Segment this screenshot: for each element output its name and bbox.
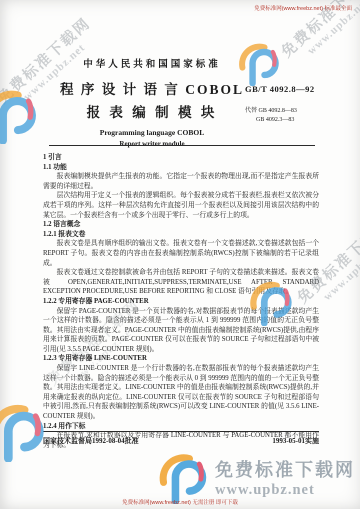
footer-rule (43, 431, 319, 432)
section-heading: 1.2.4 用作下标 (43, 422, 319, 432)
approval-text: 国家技术监督局1992-08-04批准 (43, 436, 139, 446)
standard-number-block: GB/T 4092.8—92 代替 GB 4092.8—83 GB 4092.3… (245, 84, 355, 123)
section-heading: 1.1 功能 (43, 163, 319, 173)
up-logo-icon (0, 400, 48, 462)
national-standard-label: 中华人民共和国国家标准 (0, 56, 304, 70)
title-english-line2: Report writer module (0, 140, 304, 148)
up-logo-icon (156, 450, 210, 504)
paragraph: 报表文卷通过文卷控制款被命名并由包括 REPORT 子句的文卷描述款来描述。报表… (43, 268, 319, 297)
replaces-standard-line2: GB 4092.3—83 (256, 117, 355, 123)
section-heading: 1.2.3 专用寄存器 LINE-COUNTER (43, 354, 319, 364)
document-page: 免费标准下载网 www.upbz.net 免费标准下载网 www.upbz.ne… (0, 0, 360, 509)
header-rule (49, 145, 315, 146)
implementation-text: 1993-05-01实施 (272, 436, 319, 446)
body-sections: 1 引言1.1 功能报表编制模块提供产生报表的功能。它指定一个报表的物理出现,而… (43, 153, 319, 450)
section-heading: 1.2.2 专用寄存器 PAGE-COUNTER (43, 297, 319, 307)
section-heading: 1.2.1 报表文卷 (43, 230, 319, 240)
top-site-notice: 免费标准网(www.freebz.net) 标准最全面 (254, 4, 352, 12)
standard-number: GB/T 4092.8—92 (245, 84, 355, 94)
bottom-right-watermark: 免费标准下载网 www.upbz.net (156, 450, 355, 504)
paragraph: 保留字 PAGE-COUNTER 是一个页计数器的名,对数据部报表节的每个报表描… (43, 307, 319, 355)
section-heading: 1 引言 (43, 153, 319, 163)
footer-row: 国家技术监督局1992-08-04批准 1993-05-01实施 (43, 436, 319, 446)
title-english-line1: Programming language COBOL (0, 128, 304, 137)
paragraph: 保留字 LINE-COUNTER 是一个行计数器的名,在数据部报表节的每个报表描… (43, 364, 319, 422)
section-heading: 1.2 语言概念 (43, 220, 319, 230)
replaces-standard-line1: 代替 GB 4092.8—83 (245, 105, 355, 114)
watermark-site-name: 免费标准下载网 (215, 456, 355, 482)
bottom-site-notice: 免费标准网(www.freebz.net) 无需注册 即可下载 (122, 498, 238, 506)
paragraph: 报表编制模块提供产生报表的功能。它指定一个报表的物理出现,而不是指定产生报表所需… (43, 172, 319, 191)
watermark-site-url: www.upbz.net (215, 482, 355, 499)
paragraph: 报表文卷是具有顺序组织的输出文卷。报表文卷有一个文卷描述款,文卷描述款包括一个 … (43, 239, 319, 268)
paragraph: 层次结构用于定义一个报表的逻辑组织。每个报表被分成若干报表栏,报表栏又依次被分成… (43, 191, 319, 220)
